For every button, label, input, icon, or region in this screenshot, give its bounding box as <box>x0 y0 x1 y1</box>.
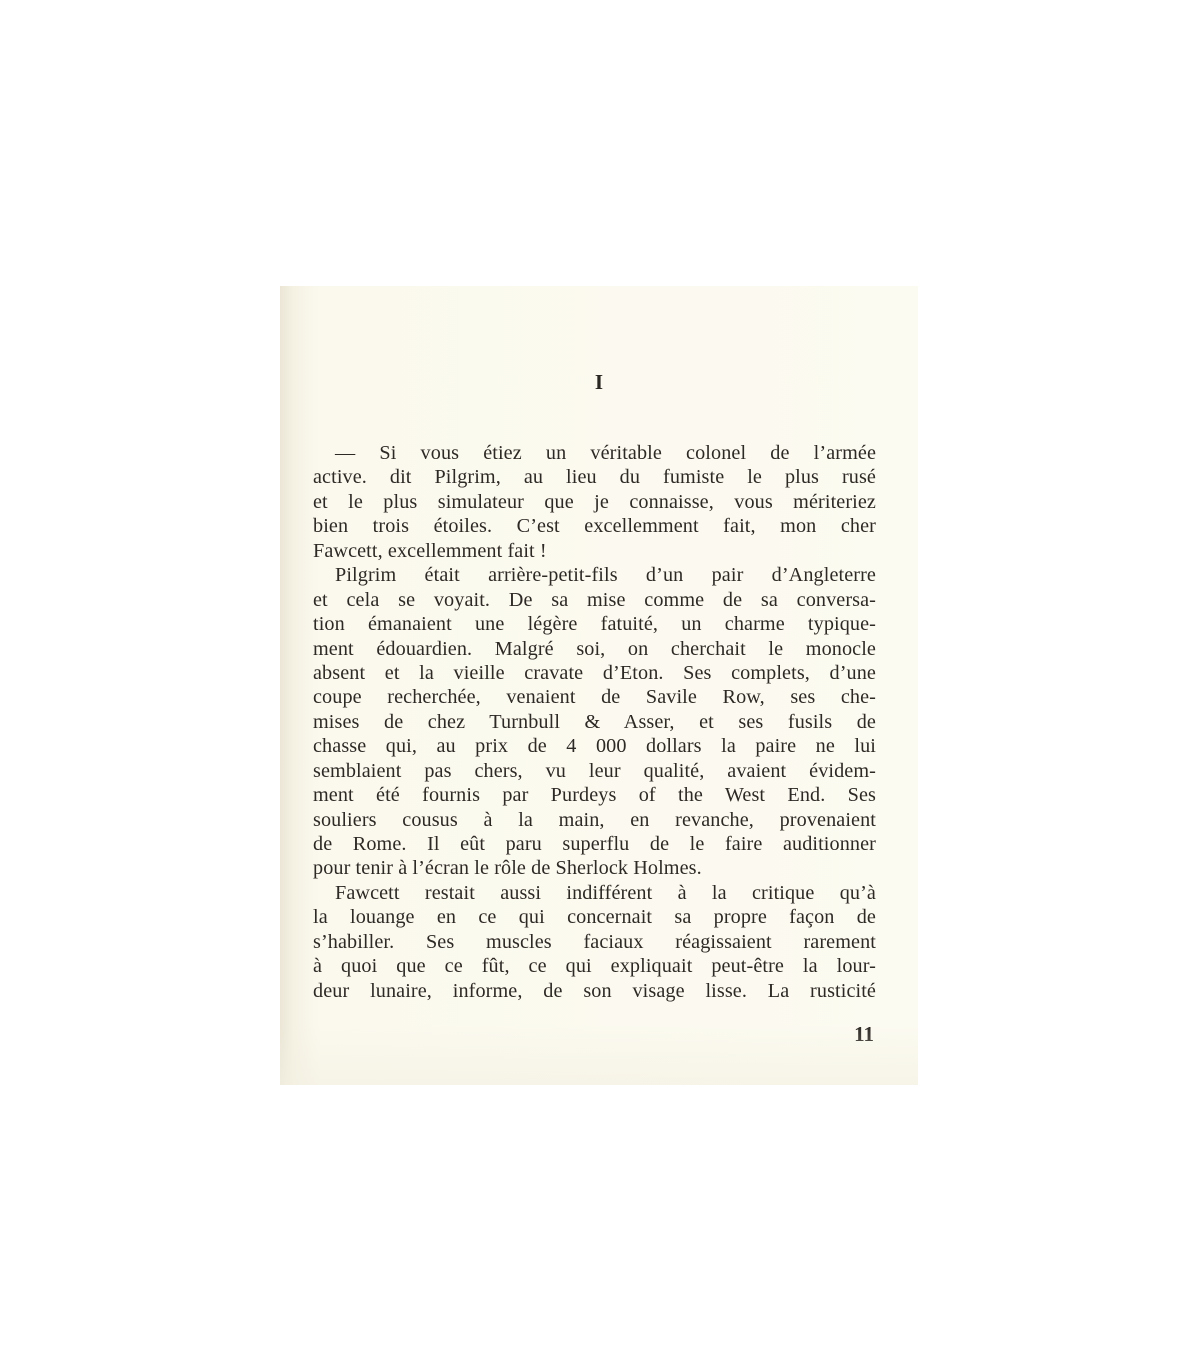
text-line: ment été fournis par Purdeys of the West… <box>313 783 876 807</box>
text-line: Fawcett, excellemment fait ! <box>313 539 876 563</box>
text-line: active. dit Pilgrim, au lieu du fumiste … <box>313 465 876 489</box>
text-line: deur lunaire, informe, de son visage lis… <box>313 979 876 1003</box>
chapter-heading: I <box>280 370 918 395</box>
text-line: à quoi que ce fût, ce qui expliquait peu… <box>313 954 876 978</box>
text-line: tion émanaient une légère fatuité, un ch… <box>313 612 876 636</box>
text-line: ment édouardien. Malgré soi, on cherchai… <box>313 637 876 661</box>
body-text: — Si vous étiez un véritable colonel de … <box>313 441 876 1003</box>
text-line: absent et la vieille cravate d’Eton. Ses… <box>313 661 876 685</box>
book-page: I — Si vous étiez un véritable colonel d… <box>280 286 918 1085</box>
text-line: de Rome. Il eût paru superflu de le fair… <box>313 832 876 856</box>
text-line: et le plus simulateur que je connaisse, … <box>313 490 876 514</box>
text-line: coupe recherchée, venaient de Savile Row… <box>313 685 876 709</box>
page-number: 11 <box>854 1022 874 1047</box>
text-line: souliers cousus à la main, en revanche, … <box>313 808 876 832</box>
text-line: chasse qui, au prix de 4 000 dollars la … <box>313 734 876 758</box>
text-line: mises de chez Turnbull & Asser, et ses f… <box>313 710 876 734</box>
text-line: — Si vous étiez un véritable colonel de … <box>313 441 876 465</box>
text-line: s’habiller. Ses muscles faciaux réagissa… <box>313 930 876 954</box>
text-line: semblaient pas chers, vu leur qualité, a… <box>313 759 876 783</box>
text-line: Pilgrim était arrière-petit-fils d’un pa… <box>313 563 876 587</box>
text-line: bien trois étoiles. C’est excellemment f… <box>313 514 876 538</box>
text-line: la louange en ce qui concernait sa propr… <box>313 905 876 929</box>
text-line: et cela se voyait. De sa mise comme de s… <box>313 588 876 612</box>
text-line: Fawcett restait aussi indifférent à la c… <box>313 881 876 905</box>
text-line: pour tenir à l’écran le rôle de Sherlock… <box>313 856 876 880</box>
